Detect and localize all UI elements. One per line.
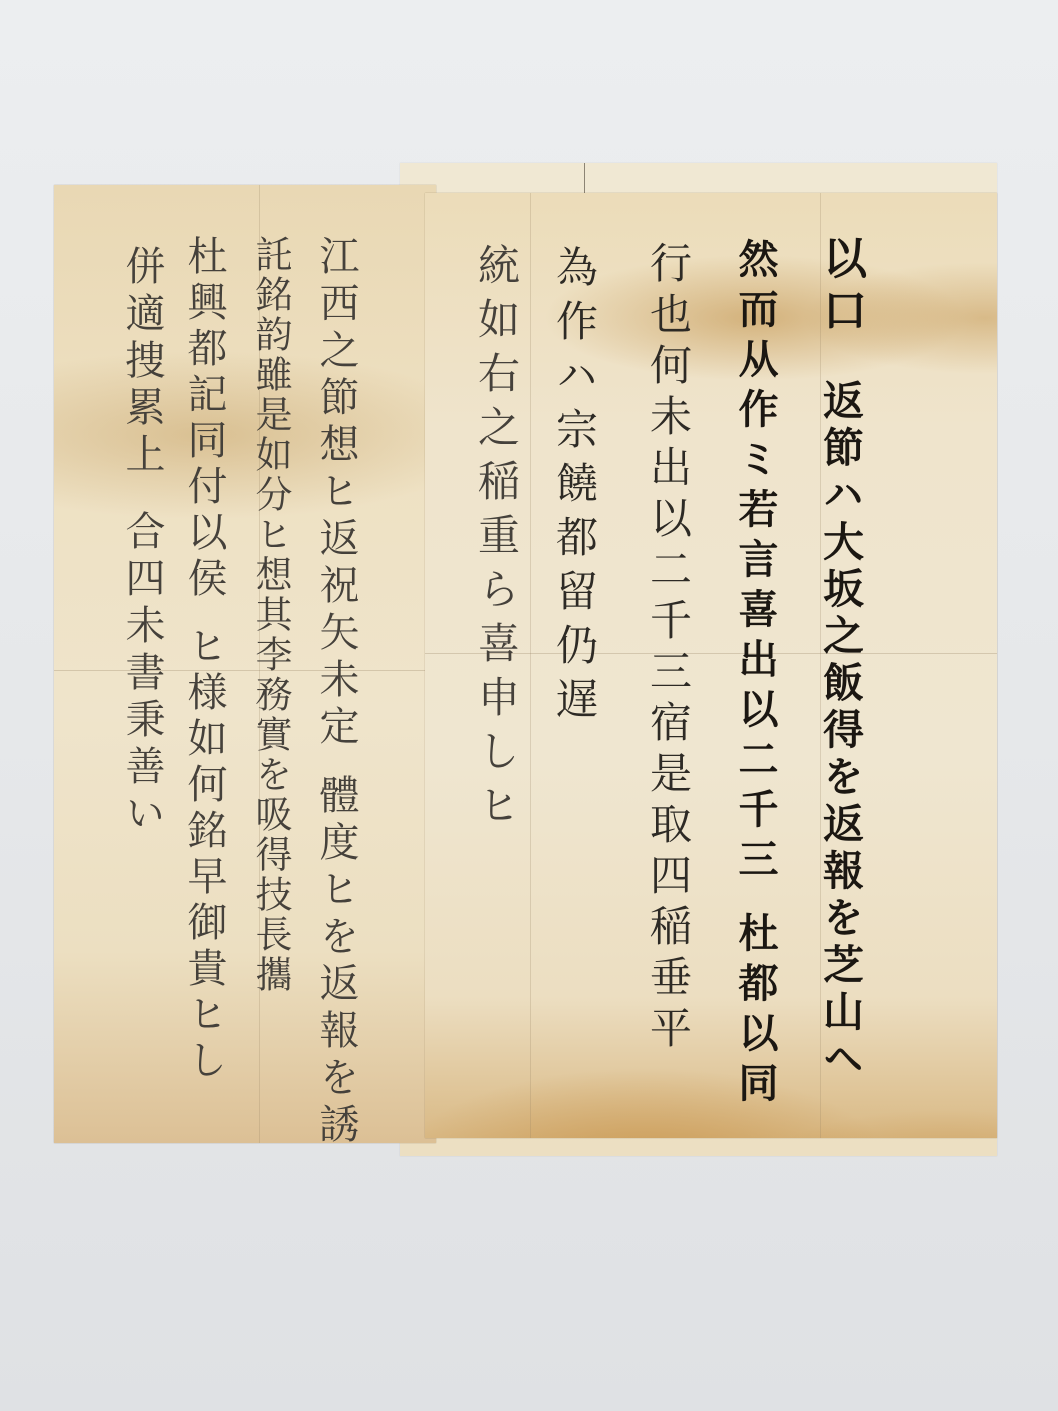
- column-text: 統如右之稲重ら喜申しヒ: [472, 243, 521, 837]
- column-text: 杜興都記同付以侯: [181, 235, 227, 603]
- column-text: 合四未書秉善い: [119, 510, 165, 839]
- text-column-4: 併適捜累上合四未書秉善い: [122, 245, 162, 839]
- column-text: ヒ様如何銘早御貴ヒし: [181, 625, 227, 1085]
- column-text: 然而从作ミ若言喜出以二千三: [732, 238, 779, 888]
- column-text: 體度ヒを返報を誘: [313, 774, 359, 1143]
- text-column-5: 統如右之稲重ら喜申しヒ: [475, 243, 517, 837]
- fold-line: [530, 193, 531, 1138]
- column-text: 以口: [815, 235, 866, 339]
- left-sheet: 江西之節想ヒ返祝矢未定體度ヒを返報を誘 託銘韵雖是如分ヒ想其李務實を吸得技長攜 …: [54, 185, 436, 1143]
- column-text: 行也何未出以二千三宿是取四稲垂平: [644, 241, 693, 1057]
- text-column-3: 杜興都記同付以侯ヒ様如何銘早御貴ヒし: [184, 235, 224, 1085]
- column-text: 江西之節想ヒ返祝矢未定: [313, 235, 359, 752]
- column-text: 託銘韵雖是如分ヒ想其李務實を吸得技長攜: [249, 235, 292, 995]
- text-column-3: 行也何未出以二千三宿是取四稲垂平: [647, 241, 689, 1057]
- column-text: 為作ハ宗饒都留仍遅: [550, 245, 599, 731]
- text-column-1: 以口返節ハ大坂之飯得を返報を芝山ヘ: [818, 235, 862, 1084]
- text-column-1: 江西之節想ヒ返祝矢未定體度ヒを返報を誘: [316, 235, 356, 1143]
- column-text: 杜都以同: [732, 912, 779, 1112]
- fold-line: [54, 670, 436, 671]
- text-column-2: 託銘韵雖是如分ヒ想其李務實を吸得技長攜: [252, 235, 289, 995]
- right-sheet: 以口返節ハ大坂之飯得を返報を芝山ヘ 然而从作ミ若言喜出以二千三杜都以同 行也何未…: [425, 193, 997, 1138]
- column-text: 併適捜累上: [119, 245, 165, 480]
- text-column-4: 為作ハ宗饒都留仍遅: [553, 245, 595, 731]
- text-column-2: 然而从作ミ若言喜出以二千三杜都以同: [735, 238, 775, 1112]
- column-text: 返節ハ大坂之飯得を返報を芝山ヘ: [816, 379, 864, 1084]
